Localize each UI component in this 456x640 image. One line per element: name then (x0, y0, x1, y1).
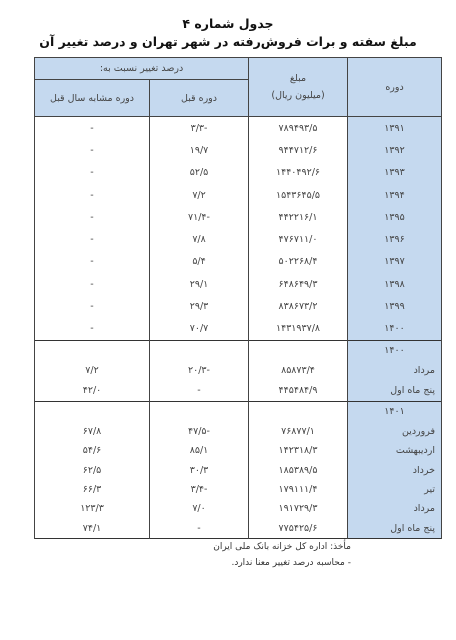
table-row: ۱۳۹۴۱۵۴۳۶۴۵/۵۷/۲- (35, 184, 442, 206)
period-cell: ۱۳۹۱ (348, 117, 442, 140)
empty-cell (249, 401, 348, 422)
period-cell: پنج ماه اول (348, 381, 442, 402)
header-amount: مبلغ (میلیون ریال) (249, 58, 348, 117)
change-prev-cell: ۵۲/۵ (150, 162, 249, 184)
change-yoy-cell: - (35, 117, 150, 140)
table-row: تیر۱۷۹۱۱۱/۴-۳/۴۶۶/۳ (35, 480, 442, 499)
dash-note: - محاسبه درصد تغییر معنا ندارد. (231, 558, 351, 568)
table-row: خرداد۱۸۵۳۸۹/۵۳۰/۳۶۲/۵ (35, 461, 442, 480)
amount-cell: ۷۸۹۴۹۳/۵ (249, 117, 348, 140)
change-prev-cell: -۴۷/۵ (150, 422, 249, 441)
period-cell: ۱۳۹۹ (348, 295, 442, 317)
period-cell: خرداد (348, 461, 442, 480)
table-row: ۱۳۹۹۸۳۸۶۷۳/۲۲۹/۳- (35, 295, 442, 317)
change-prev-cell: ۷/۲ (150, 184, 249, 206)
change-prev-cell: ۱۹/۷ (150, 139, 249, 161)
change-prev-cell: -۳/۴ (150, 480, 249, 499)
amount-cell: ۱۴۲۳۱۸/۳ (249, 441, 348, 460)
section-1401: ۱۴۰۱فروردین۷۶۸۷۷/۱-۴۷/۵۶۷/۸اردیبهشت۱۴۲۳۱… (35, 401, 442, 538)
year-row: ۱۴۰۰ (35, 340, 442, 361)
amount-cell: ۱۹۱۷۲۹/۳ (249, 499, 348, 518)
amount-cell: ۴۴۵۴۸۴/۹ (249, 381, 348, 402)
header-change-yoy: دوره مشابه سال قبل (35, 80, 150, 117)
table-row: پنج ماه اول۴۴۵۴۸۴/۹-۴۲/۰ (35, 381, 442, 402)
change-prev-cell: -۳/۳ (150, 117, 249, 140)
amount-cell: ۸۳۸۶۷۳/۲ (249, 295, 348, 317)
change-yoy-cell: - (35, 139, 150, 161)
period-cell: ۱۴۰۰ (348, 318, 442, 341)
change-yoy-cell: - (35, 273, 150, 295)
period-cell: ۱۳۹۵ (348, 206, 442, 228)
change-yoy-cell: - (35, 251, 150, 273)
change-prev-cell: ۷/۸ (150, 228, 249, 250)
period-cell: ۱۳۹۳ (348, 162, 442, 184)
amount-cell: ۷۶۸۷۷/۱ (249, 422, 348, 441)
change-prev-cell: -۲۰/۳ (150, 361, 249, 381)
change-prev-cell: -۷۱/۴ (150, 206, 249, 228)
change-prev-cell: ۸۵/۱ (150, 441, 249, 460)
change-prev-cell: - (150, 381, 249, 402)
change-prev-cell: - (150, 518, 249, 538)
annual-section: ۱۳۹۱۷۸۹۴۹۳/۵-۳/۳-۱۳۹۲۹۴۴۷۱۲/۶۱۹/۷-۱۳۹۳۱۴… (35, 117, 442, 341)
change-yoy-cell: - (35, 162, 150, 184)
header-change-group: درصد تغییر نسبت به: (35, 58, 249, 80)
change-prev-cell: ۵/۴ (150, 251, 249, 273)
period-cell: ۱۳۹۷ (348, 251, 442, 273)
table-row: ۱۴۰۰۱۴۳۱۹۳۷/۸۷۰/۷- (35, 318, 442, 341)
amount-cell: ۹۴۴۷۱۲/۶ (249, 139, 348, 161)
table-row: مرداد۱۹۱۷۲۹/۳۷/۰۱۲۳/۳ (35, 499, 442, 518)
change-yoy-cell: ۱۲۳/۳ (35, 499, 150, 518)
amount-cell: ۵۰۲۲۶۸/۴ (249, 251, 348, 273)
amount-cell: ۷۷۵۴۲۵/۶ (249, 518, 348, 538)
amount-cell: ۱۵۴۳۶۴۵/۵ (249, 184, 348, 206)
change-yoy-cell: ۵۴/۶ (35, 441, 150, 460)
header-period: دوره (348, 58, 442, 117)
change-yoy-cell: ۷۴/۱ (35, 518, 150, 538)
change-yoy-cell: - (35, 318, 150, 341)
year-label: ۱۴۰۱ (348, 401, 442, 422)
table-row: ۱۳۹۷۵۰۲۲۶۸/۴۵/۴- (35, 251, 442, 273)
change-yoy-cell: - (35, 228, 150, 250)
year-row: ۱۴۰۱ (35, 401, 442, 422)
amount-cell: ۱۴۳۱۹۳۷/۸ (249, 318, 348, 341)
period-cell: مرداد (348, 499, 442, 518)
change-yoy-cell: ۶۲/۵ (35, 461, 150, 480)
change-yoy-cell: ۶۷/۸ (35, 422, 150, 441)
table-row: ۱۳۹۳۱۴۴۰۴۹۲/۶۵۲/۵- (35, 162, 442, 184)
amount-cell: ۸۵۸۷۳/۴ (249, 361, 348, 381)
empty-cell (35, 340, 150, 361)
period-cell: مرداد (348, 361, 442, 381)
change-prev-cell: ۳۰/۳ (150, 461, 249, 480)
table-row: ۱۳۹۲۹۴۴۷۱۲/۶۱۹/۷- (35, 139, 442, 161)
section-1400: ۱۴۰۰مرداد۸۵۸۷۳/۴-۲۰/۳۷/۲پنج ماه اول۴۴۵۴۸… (35, 340, 442, 401)
empty-cell (35, 401, 150, 422)
change-prev-cell: ۲۹/۳ (150, 295, 249, 317)
table-row: مرداد۸۵۸۷۳/۴-۲۰/۳۷/۲ (35, 361, 442, 381)
change-yoy-cell: - (35, 206, 150, 228)
table-title: مبلغ سفته و برات فروش‌رفته در شهر تهران … (0, 34, 456, 49)
amount-cell: ۱۸۵۳۸۹/۵ (249, 461, 348, 480)
change-yoy-cell: - (35, 184, 150, 206)
table-row: پنج ماه اول۷۷۵۴۲۵/۶-۷۴/۱ (35, 518, 442, 538)
period-cell: ۱۳۹۸ (348, 273, 442, 295)
period-cell: ۱۳۹۶ (348, 228, 442, 250)
header-amount-unit: (میلیون ریال) (249, 90, 347, 101)
year-label: ۱۴۰۰ (348, 340, 442, 361)
change-yoy-cell: ۴۲/۰ (35, 381, 150, 402)
header-change-prev: دوره قبل (150, 80, 249, 117)
table-row: ۱۳۹۱۷۸۹۴۹۳/۵-۳/۳- (35, 117, 442, 140)
table-row: ۱۳۹۶۴۷۶۷۱۱/۰۷/۸- (35, 228, 442, 250)
table-row: ۱۳۹۵۴۴۲۲۱۶/۱-۷۱/۴- (35, 206, 442, 228)
table-number-title: جدول شماره ۴ (0, 16, 456, 31)
period-cell: ۱۳۹۴ (348, 184, 442, 206)
change-prev-cell: ۷/۰ (150, 499, 249, 518)
table-row: ۱۳۹۸۶۴۸۶۴۹/۳۲۹/۱- (35, 273, 442, 295)
period-cell: پنج ماه اول (348, 518, 442, 538)
change-prev-cell: ۷۰/۷ (150, 318, 249, 341)
change-prev-cell: ۲۹/۱ (150, 273, 249, 295)
header-amount-label: مبلغ (249, 73, 347, 84)
table-row: فروردین۷۶۸۷۷/۱-۴۷/۵۶۷/۸ (35, 422, 442, 441)
empty-cell (150, 401, 249, 422)
source-note: مأخذ: اداره کل خزانه بانک ملی ایران (213, 542, 351, 552)
period-cell: فروردین (348, 422, 442, 441)
amount-cell: ۴۴۲۲۱۶/۱ (249, 206, 348, 228)
table-row: اردیبهشت۱۴۲۳۱۸/۳۸۵/۱۵۴/۶ (35, 441, 442, 460)
change-yoy-cell: ۷/۲ (35, 361, 150, 381)
period-cell: تیر (348, 480, 442, 499)
period-cell: اردیبهشت (348, 441, 442, 460)
empty-cell (249, 340, 348, 361)
amount-cell: ۱۴۴۰۴۹۲/۶ (249, 162, 348, 184)
amount-cell: ۱۷۹۱۱۱/۴ (249, 480, 348, 499)
change-yoy-cell: - (35, 295, 150, 317)
amount-cell: ۴۷۶۷۱۱/۰ (249, 228, 348, 250)
amount-cell: ۶۴۸۶۴۹/۳ (249, 273, 348, 295)
period-cell: ۱۳۹۲ (348, 139, 442, 161)
data-table: دوره مبلغ (میلیون ریال) درصد تغییر نسبت … (34, 57, 442, 539)
change-yoy-cell: ۶۶/۳ (35, 480, 150, 499)
empty-cell (150, 340, 249, 361)
